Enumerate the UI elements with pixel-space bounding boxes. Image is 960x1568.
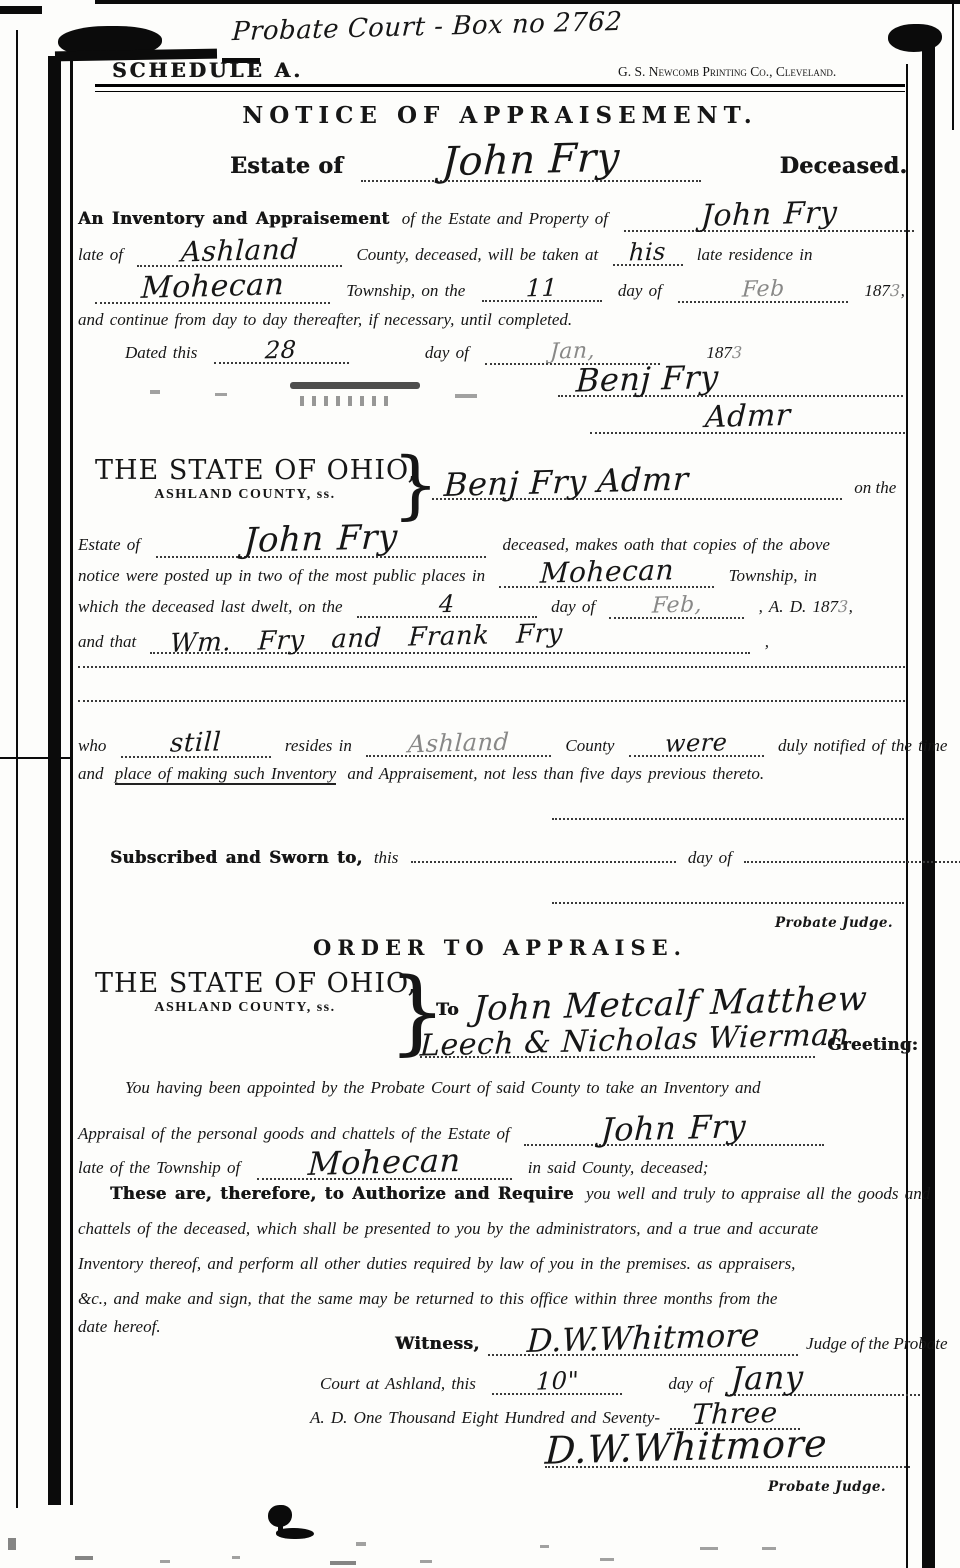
oath-estate-name-fill: John Fry: [156, 522, 486, 558]
blank-dotted-line: [78, 700, 905, 702]
left-margin-thick-bar: [48, 56, 61, 1505]
oath-l5-resides: resides in: [285, 736, 352, 755]
oath-l4-end: ,: [765, 632, 769, 651]
notice-p3-mid: Township, on the: [346, 281, 465, 300]
oath-l3-end: ,: [849, 597, 853, 616]
notice-p3-month: Feb: [741, 278, 785, 301]
court-month-fill: Jany: [725, 1362, 920, 1396]
notice-p2-whose: his: [629, 239, 667, 264]
smudge-mark: [215, 393, 227, 396]
oath-l5-pre: who: [78, 736, 106, 755]
estate-name-fill: John Fry: [361, 140, 701, 182]
oath-l5-post: duly notified of the time: [778, 736, 947, 755]
order-title: ORDER TO APPRAISE.: [95, 935, 905, 960]
order-p2-l5: date hereof.: [78, 1317, 161, 1337]
oath-state: THE STATE OF OHIO,: [95, 455, 417, 487]
notice-p4: and continue from day to day thereafter,…: [78, 310, 572, 330]
deceased-label: Deceased.: [780, 153, 908, 179]
sworn-upper-dotted-line: [552, 818, 904, 820]
oath-l6: and place of making such Inventory and A…: [78, 764, 764, 784]
oath-l5-still-fill: still: [121, 730, 271, 758]
order-p2-l1-text: you well and truly to appraise all the g…: [586, 1184, 930, 1203]
sworn-bold: Subscribed and Sworn to,: [110, 848, 363, 867]
scanned-probate-form: Probate Court - Box no 2762 SCHEDULE A. …: [0, 0, 960, 1568]
top-edge-line: [95, 0, 960, 4]
court-day-fill: 10": [492, 1369, 622, 1395]
smudge-mark: [455, 394, 477, 398]
blank-dotted-line: [78, 666, 905, 668]
order-p2-l2: chattels of the deceased, which shall be…: [78, 1219, 818, 1239]
order-p2-bold: These are, therefore, to Authorize and R…: [110, 1184, 574, 1203]
order-appraisers-fill: Leech & Nicholas Wierman: [420, 1026, 815, 1058]
bottom-speck: [330, 1561, 356, 1565]
oath-l3-day: 4: [438, 592, 455, 616]
oath-on-the: on the: [854, 478, 896, 497]
final-probate-judge-text: Probate Judge.: [768, 1479, 886, 1495]
smudge-streak: [290, 382, 420, 389]
oath-l2-pre: notice were posted up in two of the most…: [78, 566, 485, 585]
notice-p3-township-fill: Mohecan: [95, 272, 330, 304]
oath-l4: and that Wm. Fry and Frank Fry ,: [78, 626, 769, 654]
notice-signature-fill: Benj Fry: [558, 363, 903, 397]
bottom-speck: [600, 1558, 614, 1561]
court-dayof: day of: [668, 1374, 712, 1393]
oath-l4-names: Wm. Fry and Frank Fry: [150, 621, 564, 658]
oath-l4-names-fill: Wm. Fry and Frank Fry: [150, 626, 750, 654]
dated-day: 28: [265, 338, 298, 363]
witness-post: Judge of the Probate: [806, 1334, 947, 1353]
schedule-label-text: SCHEDULE A.: [112, 58, 303, 82]
order-appraisers-line2: Leech & Nicholas Wierman Greeting:: [420, 1026, 918, 1058]
notice-admr-line: Admr: [590, 402, 905, 434]
final-signature-fill: D.W.Whitmore: [545, 1428, 910, 1468]
bottom-speck: [160, 1560, 170, 1563]
notice-p2-county-fill: Ashland: [137, 237, 342, 267]
bottom-speck: [8, 1538, 16, 1550]
estate-name-handwritten: John Fry: [442, 138, 622, 183]
notice-title: NOTICE OF APPRAISEMENT.: [95, 102, 905, 130]
notice-p3: Mohecan Township, on the 11 day of Feb 1…: [95, 272, 905, 304]
oath-county: ASHLAND COUNTY, ss.: [95, 487, 395, 504]
estate-of-label: Estate of: [230, 153, 343, 179]
oath-l6-underlined: place of making such Inventory: [115, 764, 336, 785]
oath-l2-township-fill: Mohecan: [499, 558, 714, 588]
oath-l3-month-fill: Feb,: [609, 595, 744, 619]
court-day: 10": [535, 1368, 579, 1393]
header-double-rule: [95, 84, 905, 92]
oath-l3-day-fill: 4: [357, 592, 537, 618]
court-line: Court at Ashland, this 10" day of Jany: [320, 1362, 920, 1396]
notice-signature: Benj Fry: [557, 361, 719, 397]
notice-p3-month-fill: Feb: [678, 279, 848, 303]
right-edge-line: [952, 0, 954, 130]
order-p2-l1: These are, therefore, to Authorize and R…: [110, 1184, 930, 1204]
year-line-text: A. D. One Thousand Eight Hundred and Sev…: [310, 1408, 660, 1427]
oath-l6-post: and Appraisement, not less than five day…: [347, 764, 764, 783]
order-appraisers-line2-text: Leech & Nicholas Wierman: [419, 1020, 850, 1061]
oath-l5-still: still: [169, 729, 221, 756]
sworn-day-fill: [411, 861, 676, 863]
order-p1-township-fill: Mohecan: [257, 1146, 512, 1180]
ink-blot-bottom-base: [276, 1528, 314, 1539]
archival-note-text: Probate Court - Box no 2762: [231, 7, 623, 48]
notice-p3-township: Mohecan: [140, 270, 285, 304]
oath-l3-ad: , A. D. 187: [759, 597, 838, 616]
estate-line: Estate of John Fry Deceased.: [230, 140, 907, 182]
notice-p3-day-fill: 11: [482, 276, 602, 302]
dated-year-digit: 3: [731, 343, 743, 362]
order-county: ASHLAND COUNTY, ss.: [95, 1000, 395, 1017]
notice-p1-rest: of the Estate and Property of: [402, 209, 608, 228]
notice-p3-year-digit: 3: [889, 281, 901, 300]
oath-l5: who still resides in Ashland County were…: [78, 730, 947, 758]
smudge-specks: [300, 396, 390, 406]
final-signature-line: D.W.Whitmore: [545, 1428, 910, 1468]
oath-state-block: THE STATE OF OHIO, ASHLAND COUNTY, ss.: [95, 455, 417, 504]
oath-affiant-line: Benj Fry Admr on the: [432, 466, 896, 500]
order-state: THE STATE OF OHIO,: [95, 968, 417, 1000]
oath-l2: notice were posted up in two of the most…: [78, 558, 817, 588]
order-p1-l3: late of the Township of Mohecan in said …: [78, 1146, 708, 1180]
notice-admr: Admr: [704, 401, 791, 433]
order-p1-township: Mohecan: [307, 1144, 461, 1180]
oath-l5-were-fill: were: [629, 731, 764, 757]
order-p1-name-fill: John Fry: [524, 1112, 824, 1146]
left-margin-thin-line: [16, 30, 18, 1508]
oath-estate-of: Estate of: [78, 535, 140, 554]
sworn-month-fill: [744, 861, 960, 863]
dated-day-fill: 28: [214, 338, 349, 364]
dated-month: Jan,: [550, 340, 596, 363]
bottom-speck: [356, 1542, 366, 1546]
notice-p1: An Inventory and Appraisement of the Est…: [78, 200, 914, 232]
oath-l2-post: Township, in: [729, 566, 817, 585]
oath-l3-pre: which the deceased last dwelt, on the: [78, 597, 343, 616]
oath-l1: deceased, makes oath that copies of the …: [502, 535, 829, 554]
order-state-block: THE STATE OF OHIO, ASHLAND COUNTY, ss.: [95, 968, 417, 1017]
schedule-label: SCHEDULE A.: [112, 58, 303, 82]
order-p1-l3-post: in said County, deceased;: [528, 1158, 709, 1177]
printer-credit: G. S. Newcomb Printing Co., Cleveland.: [618, 64, 836, 80]
notice-admr-fill: Admr: [590, 402, 905, 434]
notice-p1-name-fill: John Fry: [624, 200, 914, 232]
archival-note: Probate Court - Box no 2762: [232, 12, 622, 43]
order-p1-l2-text: Appraisal of the personal goods and chat…: [78, 1124, 510, 1143]
order-p1-l3-pre: late of the Township of: [78, 1158, 240, 1177]
oath-l5-county: Ashland: [407, 730, 509, 757]
notice-p1-name: John Fry: [700, 198, 838, 232]
order-to-label: To: [436, 1000, 459, 1020]
final-probate-judge: Probate Judge.: [768, 1476, 886, 1496]
oath-estate-name: John Fry: [244, 520, 399, 558]
oath-affiant-fill: Benj Fry Admr: [432, 466, 842, 500]
dated-dayof: day of: [425, 343, 469, 362]
notice-p1-bold: An Inventory and Appraisement: [78, 209, 389, 228]
dated-pre: Dated this: [125, 343, 197, 362]
oath-l5-county-label: County: [565, 736, 614, 755]
oath-estate-line: Estate of John Fry deceased, makes oath …: [78, 522, 830, 558]
left-margin-tick: [0, 757, 70, 759]
oath-affiant: Benj Fry Admr: [431, 463, 689, 502]
sworn-line: Subscribed and Sworn to, this day of 187: [110, 848, 960, 868]
oath-l3-dayof: day of: [551, 597, 595, 616]
sworn-this: this: [374, 848, 399, 867]
bottom-speck: [420, 1560, 432, 1563]
oath-l3-year-digit: 3: [838, 597, 850, 616]
witness-sig-fill: D.W.Whitmore: [488, 1322, 798, 1356]
notice-signature-line: Benj Fry: [558, 363, 903, 397]
court-pre: Court at Ashland, this: [320, 1374, 476, 1393]
witness-signature: D.W.Whitmore: [526, 1319, 760, 1357]
sworn-probate-judge: Probate Judge.: [775, 912, 893, 932]
oath-l3: which the deceased last dwelt, on the 4 …: [78, 592, 853, 619]
bottom-speck: [232, 1556, 240, 1559]
notice-p2-pre: late of: [78, 245, 123, 264]
oath-l5-were: were: [664, 730, 727, 756]
order-title-text: ORDER TO APPRAISE.: [313, 935, 687, 960]
bottom-speck: [540, 1545, 549, 1548]
notice-p3-day: 11: [525, 276, 558, 301]
witness-line: Witness, D.W.Whitmore Judge of the Proba…: [395, 1322, 948, 1356]
sworn-signature-dotted-line: [552, 902, 904, 904]
notice-p2-whose-fill: his: [613, 240, 683, 266]
left-margin-inner-line: [70, 56, 73, 1505]
bottom-speck: [75, 1556, 93, 1560]
top-left-corner-mark: [0, 6, 42, 14]
order-p1-l1: You having been appointed by the Probate…: [125, 1078, 760, 1098]
order-p1-name: John Fry: [601, 1110, 747, 1146]
smudge-mark: [150, 390, 160, 394]
order-p2-l3: Inventory thereof, and perform all other…: [78, 1254, 795, 1274]
sworn-probate-judge-text: Probate Judge.: [775, 915, 893, 931]
notice-p3-end: ,: [901, 281, 905, 300]
oath-l3-month: Feb,: [651, 594, 702, 617]
oath-l4-pre: and that: [78, 632, 136, 651]
order-p2-l4: &c., and make and sign, that the same ma…: [78, 1289, 777, 1309]
sworn-dayof: day of: [688, 848, 732, 867]
witness-label: Witness,: [395, 1334, 480, 1354]
notice-p2-county: Ashland: [180, 235, 299, 266]
notice-p2-post: late residence in: [697, 245, 813, 264]
bottom-speck: [762, 1547, 776, 1550]
court-month: Jany: [724, 1361, 804, 1395]
oath-l5-county-fill: Ashland: [366, 731, 551, 757]
notice-p2: late of Ashland County, deceased, will b…: [78, 237, 813, 267]
notice-p3-dayof: day of: [618, 281, 662, 300]
oath-l6-pre: and: [78, 764, 104, 783]
bottom-speck: [700, 1547, 718, 1550]
notice-p3-year-printed: 187: [864, 281, 890, 300]
notice-title-text: NOTICE OF APPRAISEMENT.: [242, 102, 758, 129]
oath-l2-township: Mohecan: [539, 556, 674, 588]
final-signature: D.W.Whitmore: [544, 1424, 828, 1469]
notice-p2-mid: County, deceased, will be taken at: [356, 245, 598, 264]
